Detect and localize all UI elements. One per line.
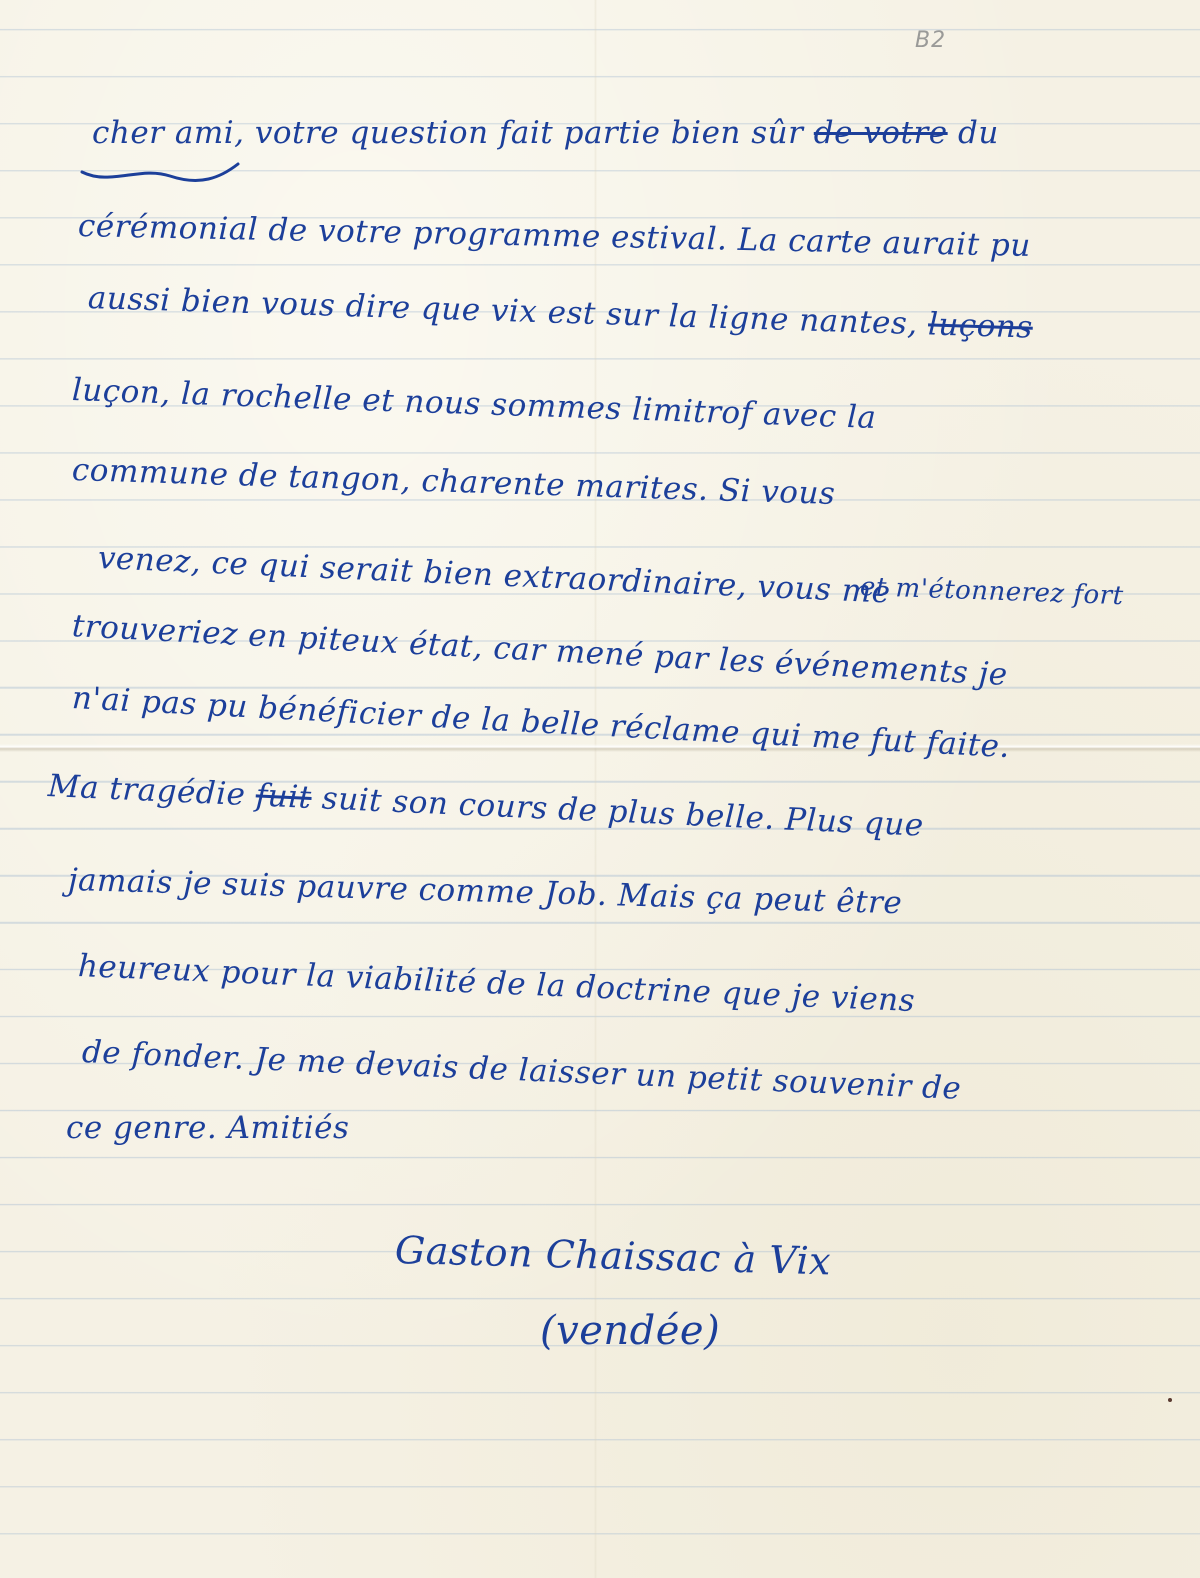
letter-line-1: cher ami, votre question fait partie bie… — [92, 115, 999, 151]
line-text: aussi bien vous dire que vix est sur la … — [87, 280, 918, 342]
letter-line-7: trouveriez en piteux état, car mené par … — [71, 608, 1008, 693]
signature-location: (vendée) — [540, 1308, 720, 1354]
struck-text: de votre — [814, 115, 948, 151]
line-text: luçon, la rochelle et nous sommes limitr… — [71, 372, 877, 436]
underline-swash-icon — [80, 158, 240, 188]
struck-text: luçons — [927, 306, 1033, 345]
letter-line-12: de fonder. Je me devais de laisser un pe… — [81, 1034, 962, 1107]
letter-line-13: ce genre. Amitiés — [66, 1110, 349, 1146]
line-text: Ma tragédie — [47, 768, 246, 813]
line-text: ce genre. Amitiés — [66, 1110, 349, 1146]
line-text: jamais je suis pauvre comme Job. Mais ça… — [67, 862, 902, 921]
horizontal-fold-crease — [0, 744, 1200, 752]
letter-line-3: aussi bien vous dire que vix est sur la … — [87, 280, 1033, 346]
letter-line-11: heureux pour la viabilité de la doctrine… — [77, 948, 916, 1019]
letter-inserted-note: et m'étonnerez fort — [859, 572, 1124, 611]
line-text: n'ai pas pu bénéficier de la belle récla… — [71, 680, 1011, 765]
line-text: commune de tangon, charente marites. Si … — [71, 452, 836, 512]
letter-line-2: cérémonial de votre programme estival. L… — [78, 208, 1032, 264]
signature-name: Gaston Chaissac à Vix — [394, 1228, 831, 1283]
line-text-after: suit son cours de plus belle. Plus que — [321, 780, 924, 843]
paper-spot — [1168, 1398, 1172, 1402]
line-text-after: du — [958, 115, 999, 151]
letter-line-8: n'ai pas pu bénéficier de la belle récla… — [71, 680, 1011, 765]
letter-line-6: venez, ce qui serait bien extraordinaire… — [97, 540, 891, 611]
letter-line-5: commune de tangon, charente marites. Si … — [71, 452, 836, 512]
letter-line-9: Ma tragédie fuit suit son cours de plus … — [47, 768, 924, 844]
line-text: heureux pour la viabilité de la doctrine… — [77, 948, 916, 1019]
line-text: cérémonial de votre programme estival. L… — [78, 208, 1032, 264]
letter-line-10: jamais je suis pauvre comme Job. Mais ça… — [67, 862, 902, 921]
letter-line-4: luçon, la rochelle et nous sommes limitr… — [71, 372, 877, 436]
line-text: cher ami, votre question fait partie bie… — [92, 115, 803, 151]
line-text: trouveriez en piteux état, car mené par … — [71, 608, 1008, 693]
line-text: et m'étonnerez fort — [859, 572, 1124, 611]
struck-text: fuit — [255, 777, 312, 815]
letter-paper: B2 cher ami, votre question fait partie … — [0, 0, 1200, 1578]
line-text: de fonder. Je me devais de laisser un pe… — [81, 1034, 962, 1107]
corner-annotation: B2 — [915, 28, 946, 53]
line-text: venez, ce qui serait bien extraordinaire… — [97, 540, 891, 611]
